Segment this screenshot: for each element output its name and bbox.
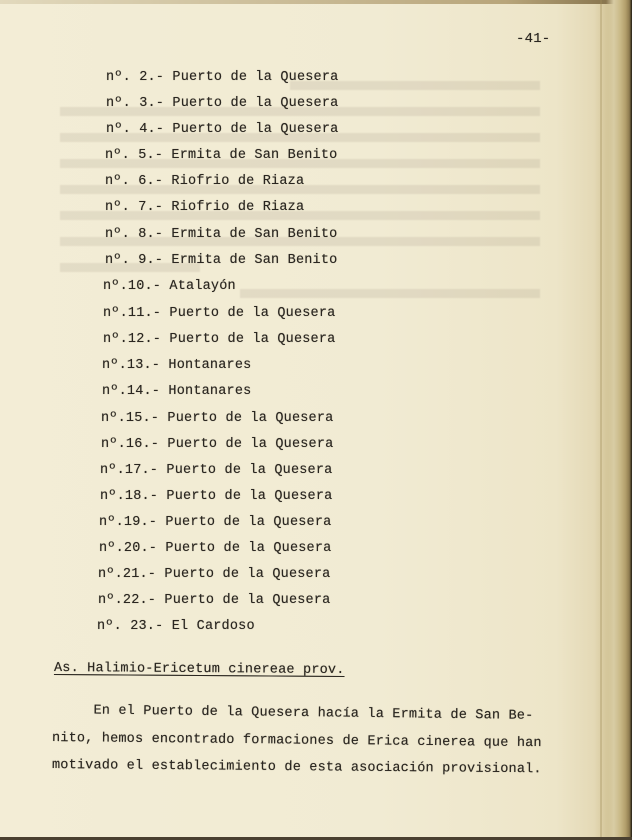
entry-location: Ermita de San Benito xyxy=(171,227,337,242)
list-item: nº.11.- Puerto de la Quesera xyxy=(103,306,335,321)
list-item: nº.20.- Puerto de la Quesera xyxy=(99,541,331,556)
list-item: nº.19.- Puerto de la Quesera xyxy=(99,515,331,530)
entry-location: Puerto de la Quesera xyxy=(166,463,332,478)
list-item: nº.13.- Hontanares xyxy=(102,358,251,373)
list-item: nº. 23.- El Cardoso xyxy=(97,619,255,634)
entry-location: Puerto de la Quesera xyxy=(164,593,330,608)
entry-number: nº.11.- xyxy=(103,306,161,321)
entry-number: nº.16.- xyxy=(101,437,159,452)
entry-location: Puerto de la Quesera xyxy=(165,515,331,530)
list-item: nº. 5.- Ermita de San Benito xyxy=(105,148,337,163)
entry-number: nº. 6.- xyxy=(105,174,163,189)
list-item: nº.17.- Puerto de la Quesera xyxy=(100,463,332,478)
entry-number: nº. 7.- xyxy=(105,200,163,215)
entry-number: nº.13.- xyxy=(102,358,160,373)
entry-location: Puerto de la Quesera xyxy=(172,96,338,111)
entry-number: nº.22.- xyxy=(98,593,156,608)
entry-number: nº.14.- xyxy=(102,384,160,399)
paragraph-line: nito, hemos encontrado formaciones de Er… xyxy=(52,731,542,751)
list-item: nº.12.- Puerto de la Quesera xyxy=(103,332,335,347)
entry-location: Hontanares xyxy=(168,384,251,399)
list-item: nº.10.- Atalayón xyxy=(103,279,236,294)
page-fold xyxy=(600,0,602,840)
entry-location: Puerto de la Quesera xyxy=(172,70,338,85)
entry-number: nº.20.- xyxy=(99,541,157,556)
entry-number: nº.17.- xyxy=(100,463,158,478)
page-number: -41- xyxy=(516,31,550,47)
entry-number: nº. 8.- xyxy=(105,227,163,242)
document-page: -41- nº. 2.- Puerto de la Quesera nº. 3.… xyxy=(0,0,632,840)
entry-number: nº. 3.- xyxy=(106,96,164,111)
list-item: nº. 7.- Riofrio de Riaza xyxy=(105,200,304,215)
list-item: nº.22.- Puerto de la Quesera xyxy=(98,593,330,608)
section-heading: As. Halimio-Ericetum cinereae prov. xyxy=(54,661,345,678)
entry-location: Puerto de la Quesera xyxy=(166,489,332,504)
list-item: nº. 3.- Puerto de la Quesera xyxy=(106,96,338,111)
entry-number: nº. 4.- xyxy=(106,122,164,137)
paragraph-line: motivado el establecimiento de esta asoc… xyxy=(52,758,542,777)
paragraph-line: En el Puerto de la Quesera hacía la Ermi… xyxy=(52,703,534,724)
entry-location: Puerto de la Quesera xyxy=(167,437,333,452)
entry-location: Puerto de la Quesera xyxy=(169,332,335,347)
list-item: nº.18.- Puerto de la Quesera xyxy=(100,489,332,504)
entry-number: nº.19.- xyxy=(99,515,157,530)
list-item: nº.21.- Puerto de la Quesera xyxy=(98,567,330,582)
list-item: nº.16.- Puerto de la Quesera xyxy=(101,437,333,452)
list-item: nº. 2.- Puerto de la Quesera xyxy=(106,70,338,85)
list-item: nº.15.- Puerto de la Quesera xyxy=(101,411,333,426)
entry-number: nº.15.- xyxy=(101,411,159,426)
entry-location: Puerto de la Quesera xyxy=(164,567,330,582)
list-item: nº. 4.- Puerto de la Quesera xyxy=(106,122,338,137)
entry-location: El Cardoso xyxy=(172,619,255,634)
entry-number: nº.10.- xyxy=(103,279,161,294)
entry-number: nº.12.- xyxy=(103,332,161,347)
page-top-edge xyxy=(0,0,632,4)
entry-number: nº. 23.- xyxy=(97,619,163,634)
entry-number: nº. 9.- xyxy=(105,253,163,268)
page-binding-edge xyxy=(606,0,632,840)
entry-number: nº. 5.- xyxy=(105,148,163,163)
list-item: nº.14.- Hontanares xyxy=(102,384,251,399)
entry-location: Atalayón xyxy=(169,279,235,294)
entry-location: Ermita de San Benito xyxy=(171,148,337,163)
entry-location: Puerto de la Quesera xyxy=(172,122,338,137)
entry-location: Puerto de la Quesera xyxy=(167,411,333,426)
entry-location: Ermita de San Benito xyxy=(171,253,337,268)
list-item: nº. 6.- Riofrio de Riaza xyxy=(105,174,304,189)
entry-location: Puerto de la Quesera xyxy=(169,306,335,321)
entry-number: nº.18.- xyxy=(100,489,158,504)
entry-location: Riofrio de Riaza xyxy=(171,200,304,215)
list-item: nº. 8.- Ermita de San Benito xyxy=(105,227,337,242)
entry-location: Hontanares xyxy=(168,358,251,373)
entry-number: nº. 2.- xyxy=(106,70,164,85)
list-item: nº. 9.- Ermita de San Benito xyxy=(105,253,337,268)
entry-number: nº.21.- xyxy=(98,567,156,582)
entry-location: Puerto de la Quesera xyxy=(165,541,331,556)
entry-location: Riofrio de Riaza xyxy=(171,174,304,189)
